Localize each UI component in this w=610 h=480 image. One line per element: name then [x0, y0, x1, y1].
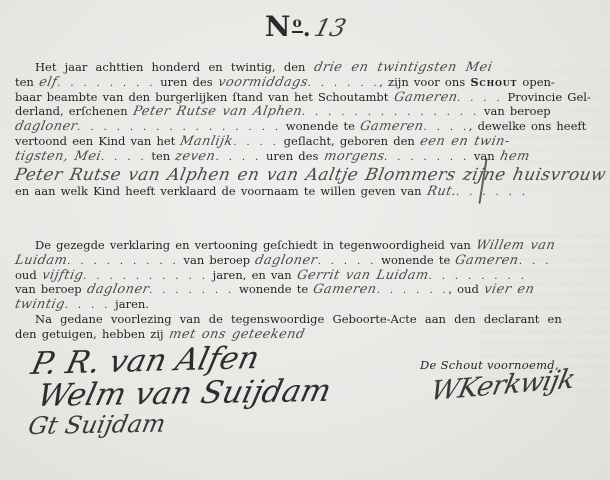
- document-line: De gezegde verklaring en vertooning geſc…: [15, 238, 597, 253]
- handwritten-text: een en twin-: [419, 135, 511, 150]
- printed-text: vertoond een Kind van het: [15, 134, 180, 148]
- dotted-leader: . . .: [519, 255, 551, 267]
- document-line: van beroep dagloner. . . . . . . wonende…: [15, 282, 597, 297]
- handwritten-text: Gameren: [312, 283, 378, 298]
- handwritten-text: vijftig: [40, 269, 84, 284]
- document-line: den getuigen, hebben zij met ons geteeke…: [15, 327, 597, 342]
- handwritten-text: Luidam: [14, 254, 69, 269]
- dotted-leader: . . . . . . . .: [57, 77, 155, 89]
- handwritten-text: Manlijk: [179, 135, 235, 150]
- dotted-leader: . . . .: [233, 136, 278, 148]
- handwritten-text: dagloner: [254, 254, 319, 269]
- printed-text: van beroep: [15, 282, 87, 296]
- printed-text: De gezegde verklaring en vertooning geſc…: [35, 238, 476, 252]
- handwritten-text: dagloner: [85, 283, 150, 298]
- dotted-leader: . . . . . . . . . .: [83, 270, 207, 282]
- handwritten-text: Rut.: [425, 185, 457, 200]
- signature-witness-2: Gt Suijdam: [26, 410, 168, 440]
- number-period: .: [303, 16, 311, 42]
- dotted-leader: . . . . . . .: [384, 151, 469, 163]
- printed-text: ten: [15, 75, 39, 89]
- handwritten-text: twintig: [14, 298, 67, 313]
- dotted-leader: . . . . .: [317, 255, 376, 267]
- document-number: No.13: [0, 10, 610, 43]
- document-line: baar beambte van den burgerlijken ſtand …: [15, 90, 597, 105]
- handwritten-text: dagloner: [14, 120, 79, 135]
- printed-text: , oud: [448, 282, 484, 296]
- dotted-leader: . . . . . .: [377, 284, 449, 296]
- dotted-leader: . . . . . .: [308, 77, 380, 89]
- dotted-leader: . . . .: [215, 151, 260, 163]
- printed-text: open-: [517, 75, 555, 89]
- printed-text: Het jaar achttien honderd en twintig, de…: [35, 60, 314, 74]
- handwritten-text: elf: [38, 76, 59, 91]
- handwritten-text: Gameren: [392, 91, 458, 106]
- printed-text: uren des: [261, 149, 324, 163]
- dotted-leader: . . . . . . . . . . . . . . . .: [77, 121, 280, 133]
- handwritten-text: drie en twintigsten Mei: [312, 61, 493, 76]
- printed-text: den getuigen, hebben zij: [15, 327, 169, 341]
- document-line: ten elf. . . . . . . . uren des voormidd…: [15, 75, 597, 90]
- handwritten-text: zeven: [174, 150, 217, 165]
- printed-text: van beroep: [178, 253, 255, 267]
- dotted-leader: . . . .: [423, 121, 468, 133]
- document-line: oud vijftig. . . . . . . . . . jaren, en…: [15, 268, 597, 283]
- printed-text: jaren, en van: [207, 268, 296, 282]
- handwritten-text: Peter Rutse van Alphen: [131, 105, 303, 120]
- handwritten-text: Willem van: [475, 239, 557, 254]
- printed-text: Provincie Gel-: [502, 90, 591, 104]
- printed-text: , zijn voor ons: [379, 75, 470, 89]
- document-line: vertoond een Kind van het Manlijk. . . .…: [15, 134, 597, 149]
- printed-text: , dewelke ons heeft: [469, 119, 587, 133]
- printed-text: wonende te: [281, 119, 360, 133]
- printed-text: ten: [146, 149, 175, 163]
- scanned-birth-certificate: No.13 Het jaar achttien honderd en twint…: [0, 0, 610, 480]
- handwritten-text: tigsten, Mei: [14, 150, 103, 165]
- printed-text: uren des: [155, 75, 218, 89]
- dotted-leader: . . . .: [101, 151, 146, 163]
- handwritten-text: hem: [498, 150, 531, 165]
- printed-text: baar beambte van den burgerlijken ſtand …: [15, 90, 394, 104]
- printed-text: jaren.: [110, 297, 149, 311]
- printed-text: derland, erſchenen: [15, 104, 133, 118]
- number-superscript-o: o: [292, 15, 303, 33]
- handwritten-text: voormiddags: [216, 76, 309, 91]
- document-line: Het jaar achttien honderd en twintig, de…: [15, 60, 597, 75]
- handwritten-text: vier en: [483, 283, 536, 298]
- signature-witness-1: Welm van Suijdam: [34, 373, 335, 414]
- handwritten-text: Gameren: [454, 254, 520, 269]
- dotted-leader: . . . . . . . . .: [67, 255, 178, 267]
- printed-text: Na gedane voorlezing van de tegenswoordi…: [35, 312, 562, 326]
- dotted-leader: . . . . . .: [456, 186, 528, 198]
- witnesses-paragraph: De gezegde verklaring en vertooning geſc…: [15, 238, 597, 342]
- number-prefix: N: [265, 10, 292, 43]
- document-line: dagloner. . . . . . . . . . . . . . . . …: [15, 119, 597, 134]
- smallcaps-text: Schout: [470, 75, 517, 89]
- document-line: tigsten, Mei. . . . ten zeven. . . . ure…: [15, 149, 597, 164]
- dotted-leader: . . . . . . . .: [428, 270, 526, 282]
- printed-text: wonende te: [234, 282, 313, 296]
- handwritten-text: Gameren: [359, 120, 425, 135]
- document-line: twintig. . . . jaren.: [15, 297, 597, 312]
- document-line: Peter Rutse van Alphen en van Aaltje Blo…: [15, 164, 597, 184]
- printed-text: wonende te: [376, 253, 455, 267]
- document-line: en aan welk Kind heeft verklaard de voor…: [15, 184, 597, 199]
- handwritten-text: morgens: [322, 150, 385, 165]
- dotted-leader: . . . .: [457, 92, 502, 104]
- document-line: Luidam. . . . . . . . . van beroep daglo…: [15, 253, 597, 268]
- printed-text: van beroep: [479, 104, 551, 118]
- dotted-leader: . . . .: [65, 299, 110, 311]
- document-line: Na gedane voorlezing van de tegenswoordi…: [15, 312, 597, 327]
- handwritten-number: 13: [311, 14, 349, 42]
- declaration-paragraph: Het jaar achttien honderd en twintig, de…: [15, 60, 597, 198]
- dotted-leader: . . . . . . . . . . . . . .: [302, 106, 479, 118]
- handwritten-text: Peter Rutse van Alphen en van Aaltje Blo…: [13, 164, 608, 184]
- printed-text: oud: [15, 268, 42, 282]
- dotted-leader: . . . . . . .: [149, 284, 234, 296]
- document-line: derland, erſchenen Peter Rutse van Alphe…: [15, 104, 597, 119]
- printed-text: en aan welk Kind heeft verklaard de voor…: [15, 184, 427, 198]
- printed-text: geſlacht, geboren den: [279, 134, 420, 148]
